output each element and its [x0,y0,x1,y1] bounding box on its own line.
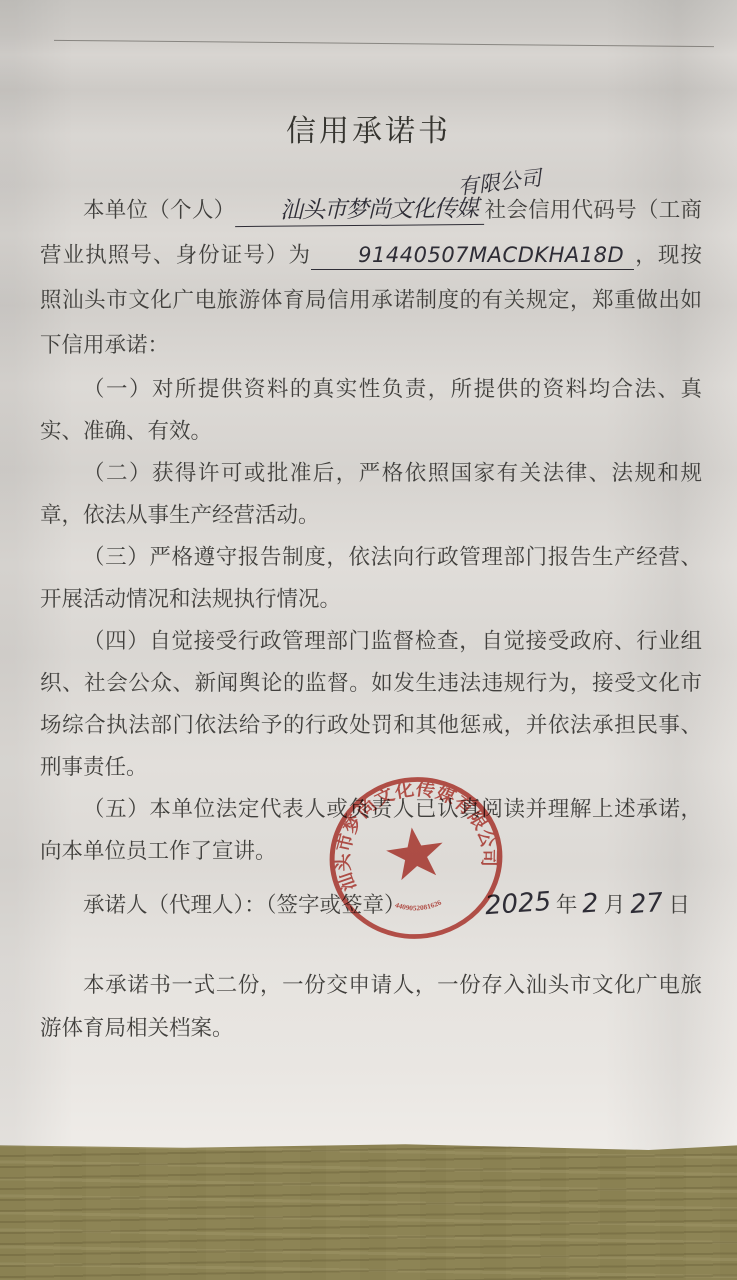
date-year-handwritten: 2025 [483,880,552,930]
date-day-handwritten: 27 [629,881,665,928]
date-month-handwritten: 2 [581,881,601,927]
closing-paragraph: 本承诺书一式二份，一份交申请人，一份存入汕头市文化广电旅游体育局相关档案。 [40,964,702,1050]
intro-paragraph: 本单位（个人）汕头市梦尚文化传媒有限公司社会信用代码号（工商营业执照号、身份证号… [40,188,702,368]
commitment-letter-page: 信用承诺书 本单位（个人）汕头市梦尚文化传媒有限公司社会信用代码号（工商营业执照… [0,0,737,1150]
commitment-item-5: （五）本单位法定代表人或负责人已认真阅读并理解上述承诺，向本单位员工作了宣讲。 [40,788,702,872]
intro-lead: 本单位（个人） [83,198,235,222]
document-title: 信用承诺书 [0,106,737,150]
commitment-item-4: （四）自觉接受行政管理部门监督检查，自觉接受政府、行业组织、社会公众、新闻舆论的… [40,620,702,788]
date-day-unit: 日 [668,893,690,917]
credit-code-handwritten: 91440507MACDKHA18D [311,241,634,270]
company-name-handwritten: 汕头市梦尚文化传媒有限公司 [235,194,484,227]
date-month-unit: 月 [604,893,626,917]
paper-fold-crease [54,40,714,47]
signature-row: 承诺人（代理人）：（签字或签章） 2025年2月27日 [40,882,702,928]
document-body: 本单位（个人）汕头市梦尚文化传媒有限公司社会信用代码号（工商营业执照号、身份证号… [40,188,702,1050]
commitment-item-2: （二）获得许可或批准后，严格依照国家有关法律、法规和规章，依法从事生产经营活动。 [40,452,702,536]
photo-scene: 信用承诺书 本单位（个人）汕头市梦尚文化传媒有限公司社会信用代码号（工商营业执照… [0,0,737,1280]
commitment-item-3: （三）严格遵守报告制度，依法向行政管理部门报告生产经营、开展活动情况和法规执行情… [40,536,702,620]
date-line: 2025年2月27日 [482,882,692,928]
date-year-unit: 年 [556,893,578,917]
signer-label: 承诺人（代理人）：（签字或签章） [83,883,406,928]
commitment-item-1: （一）对所提供资料的真实性负责，所提供的资料均合法、真实、准确、有效。 [40,368,702,452]
